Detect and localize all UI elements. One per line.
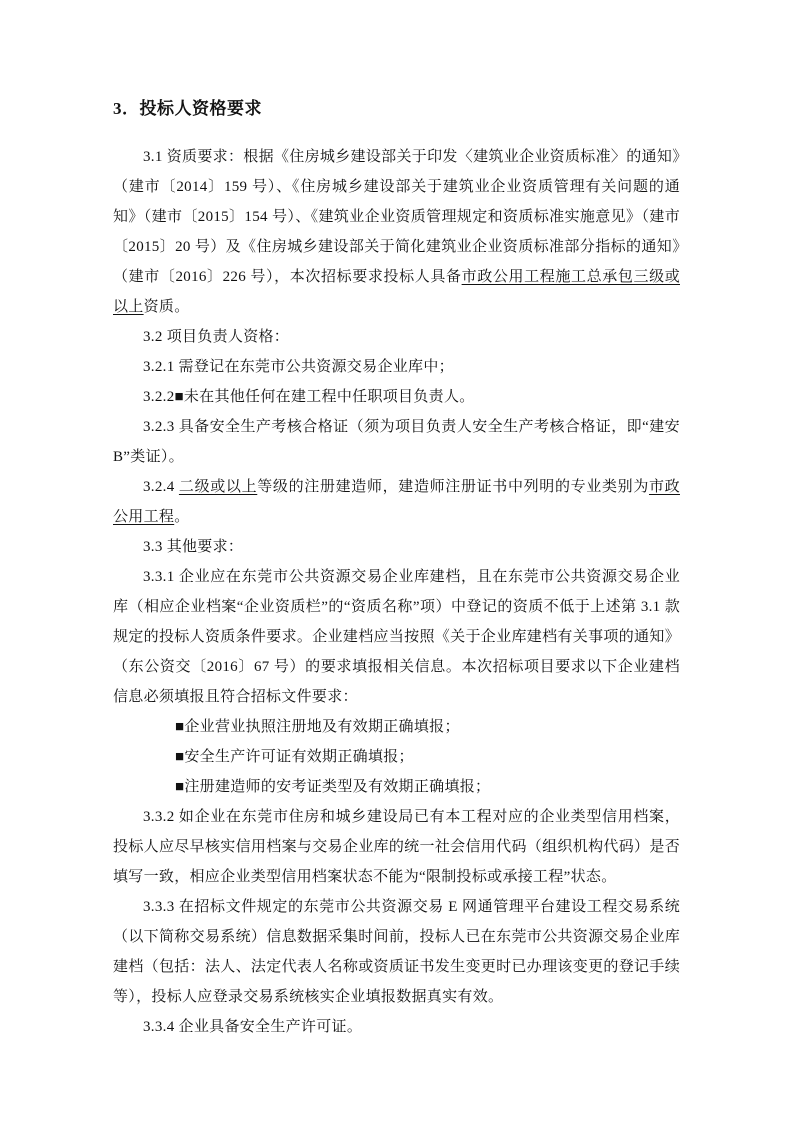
text-segment: 3.3.1 企业应在东莞市公共资源交易企业库建档，且在东莞市公共资源交易企业库（… bbox=[113, 569, 680, 705]
text-segment: 3.2.4 bbox=[143, 479, 179, 495]
text-segment: 3.2.2■未在其他任何在建工程中任职项目负责人。 bbox=[143, 389, 475, 405]
paragraph: 3.1 资质要求：根据《住房城乡建设部关于印发〈建筑业企业资质标准〉的通知》（建… bbox=[113, 142, 680, 322]
text-segment: 3.3.4 企业具备安全生产许可证。 bbox=[143, 1019, 362, 1035]
paragraph: ■注册建造师的安考证类型及有效期正确填报； bbox=[113, 772, 680, 802]
text-segment: 3.3.3 在招标文件规定的东莞市公共资源交易 E 网通管理平台建设工程交易系统… bbox=[113, 899, 680, 1005]
document-page: 3．投标人资格要求 3.1 资质要求：根据《住房城乡建设部关于印发〈建筑业企业资… bbox=[0, 0, 794, 1123]
text-segment: 3.3 其他要求： bbox=[143, 539, 243, 555]
section-heading: 3．投标人资格要求 bbox=[113, 97, 680, 121]
paragraph: 3.3.2 如企业在东莞市住房和城乡建设局已有本工程对应的企业类型信用档案，投标… bbox=[113, 802, 680, 892]
text-segment: 。 bbox=[174, 509, 189, 525]
text-segment: ■企业营业执照注册地及有效期正确填报； bbox=[175, 719, 460, 735]
paragraph: ■安全生产许可证有效期正确填报； bbox=[113, 742, 680, 772]
text-segment: ■注册建造师的安考证类型及有效期正确填报； bbox=[175, 779, 490, 795]
paragraph: 3.2.1 需登记在东莞市公共资源交易企业库中； bbox=[113, 352, 680, 382]
paragraph: 3.3.3 在招标文件规定的东莞市公共资源交易 E 网通管理平台建设工程交易系统… bbox=[113, 892, 680, 1012]
text-segment: 资质。 bbox=[144, 299, 190, 315]
paragraph: 3.2.2■未在其他任何在建工程中任职项目负责人。 bbox=[113, 382, 680, 412]
text-segment: 3.2.3 具备安全生产考核合格证（须为项目负责人安全生产考核合格证，即“建安 … bbox=[113, 419, 680, 465]
paragraph: 3.2 项目负责人资格： bbox=[113, 322, 680, 352]
text-segment: ■安全生产许可证有效期正确填报； bbox=[175, 749, 414, 765]
text-segment: 3.1 资质要求：根据《住房城乡建设部关于印发〈建筑业企业资质标准〉的通知》（建… bbox=[113, 149, 680, 285]
paragraph: 3.2.4 二级或以上等级的注册建造师，建造师注册证书中列明的专业类别为市政公用… bbox=[113, 472, 680, 532]
underlined-text: 二级或以上 bbox=[179, 479, 257, 495]
paragraph: 3.3 其他要求： bbox=[113, 532, 680, 562]
text-segment: 3.2 项目负责人资格： bbox=[143, 329, 289, 345]
paragraph: 3.2.3 具备安全生产考核合格证（须为项目负责人安全生产考核合格证，即“建安 … bbox=[113, 412, 680, 472]
paragraph: 3.3.4 企业具备安全生产许可证。 bbox=[113, 1012, 680, 1042]
paragraph: ■企业营业执照注册地及有效期正确填报； bbox=[113, 712, 680, 742]
document-body: 3.1 资质要求：根据《住房城乡建设部关于印发〈建筑业企业资质标准〉的通知》（建… bbox=[113, 142, 680, 1042]
text-segment: 3.2.1 需登记在东莞市公共资源交易企业库中； bbox=[143, 359, 454, 375]
text-segment: 等级的注册建造师，建造师注册证书中列明的专业类别为 bbox=[257, 479, 649, 495]
paragraph: 3.3.1 企业应在东莞市公共资源交易企业库建档，且在东莞市公共资源交易企业库（… bbox=[113, 562, 680, 712]
text-segment: 3.3.2 如企业在东莞市住房和城乡建设局已有本工程对应的企业类型信用档案，投标… bbox=[113, 809, 680, 885]
